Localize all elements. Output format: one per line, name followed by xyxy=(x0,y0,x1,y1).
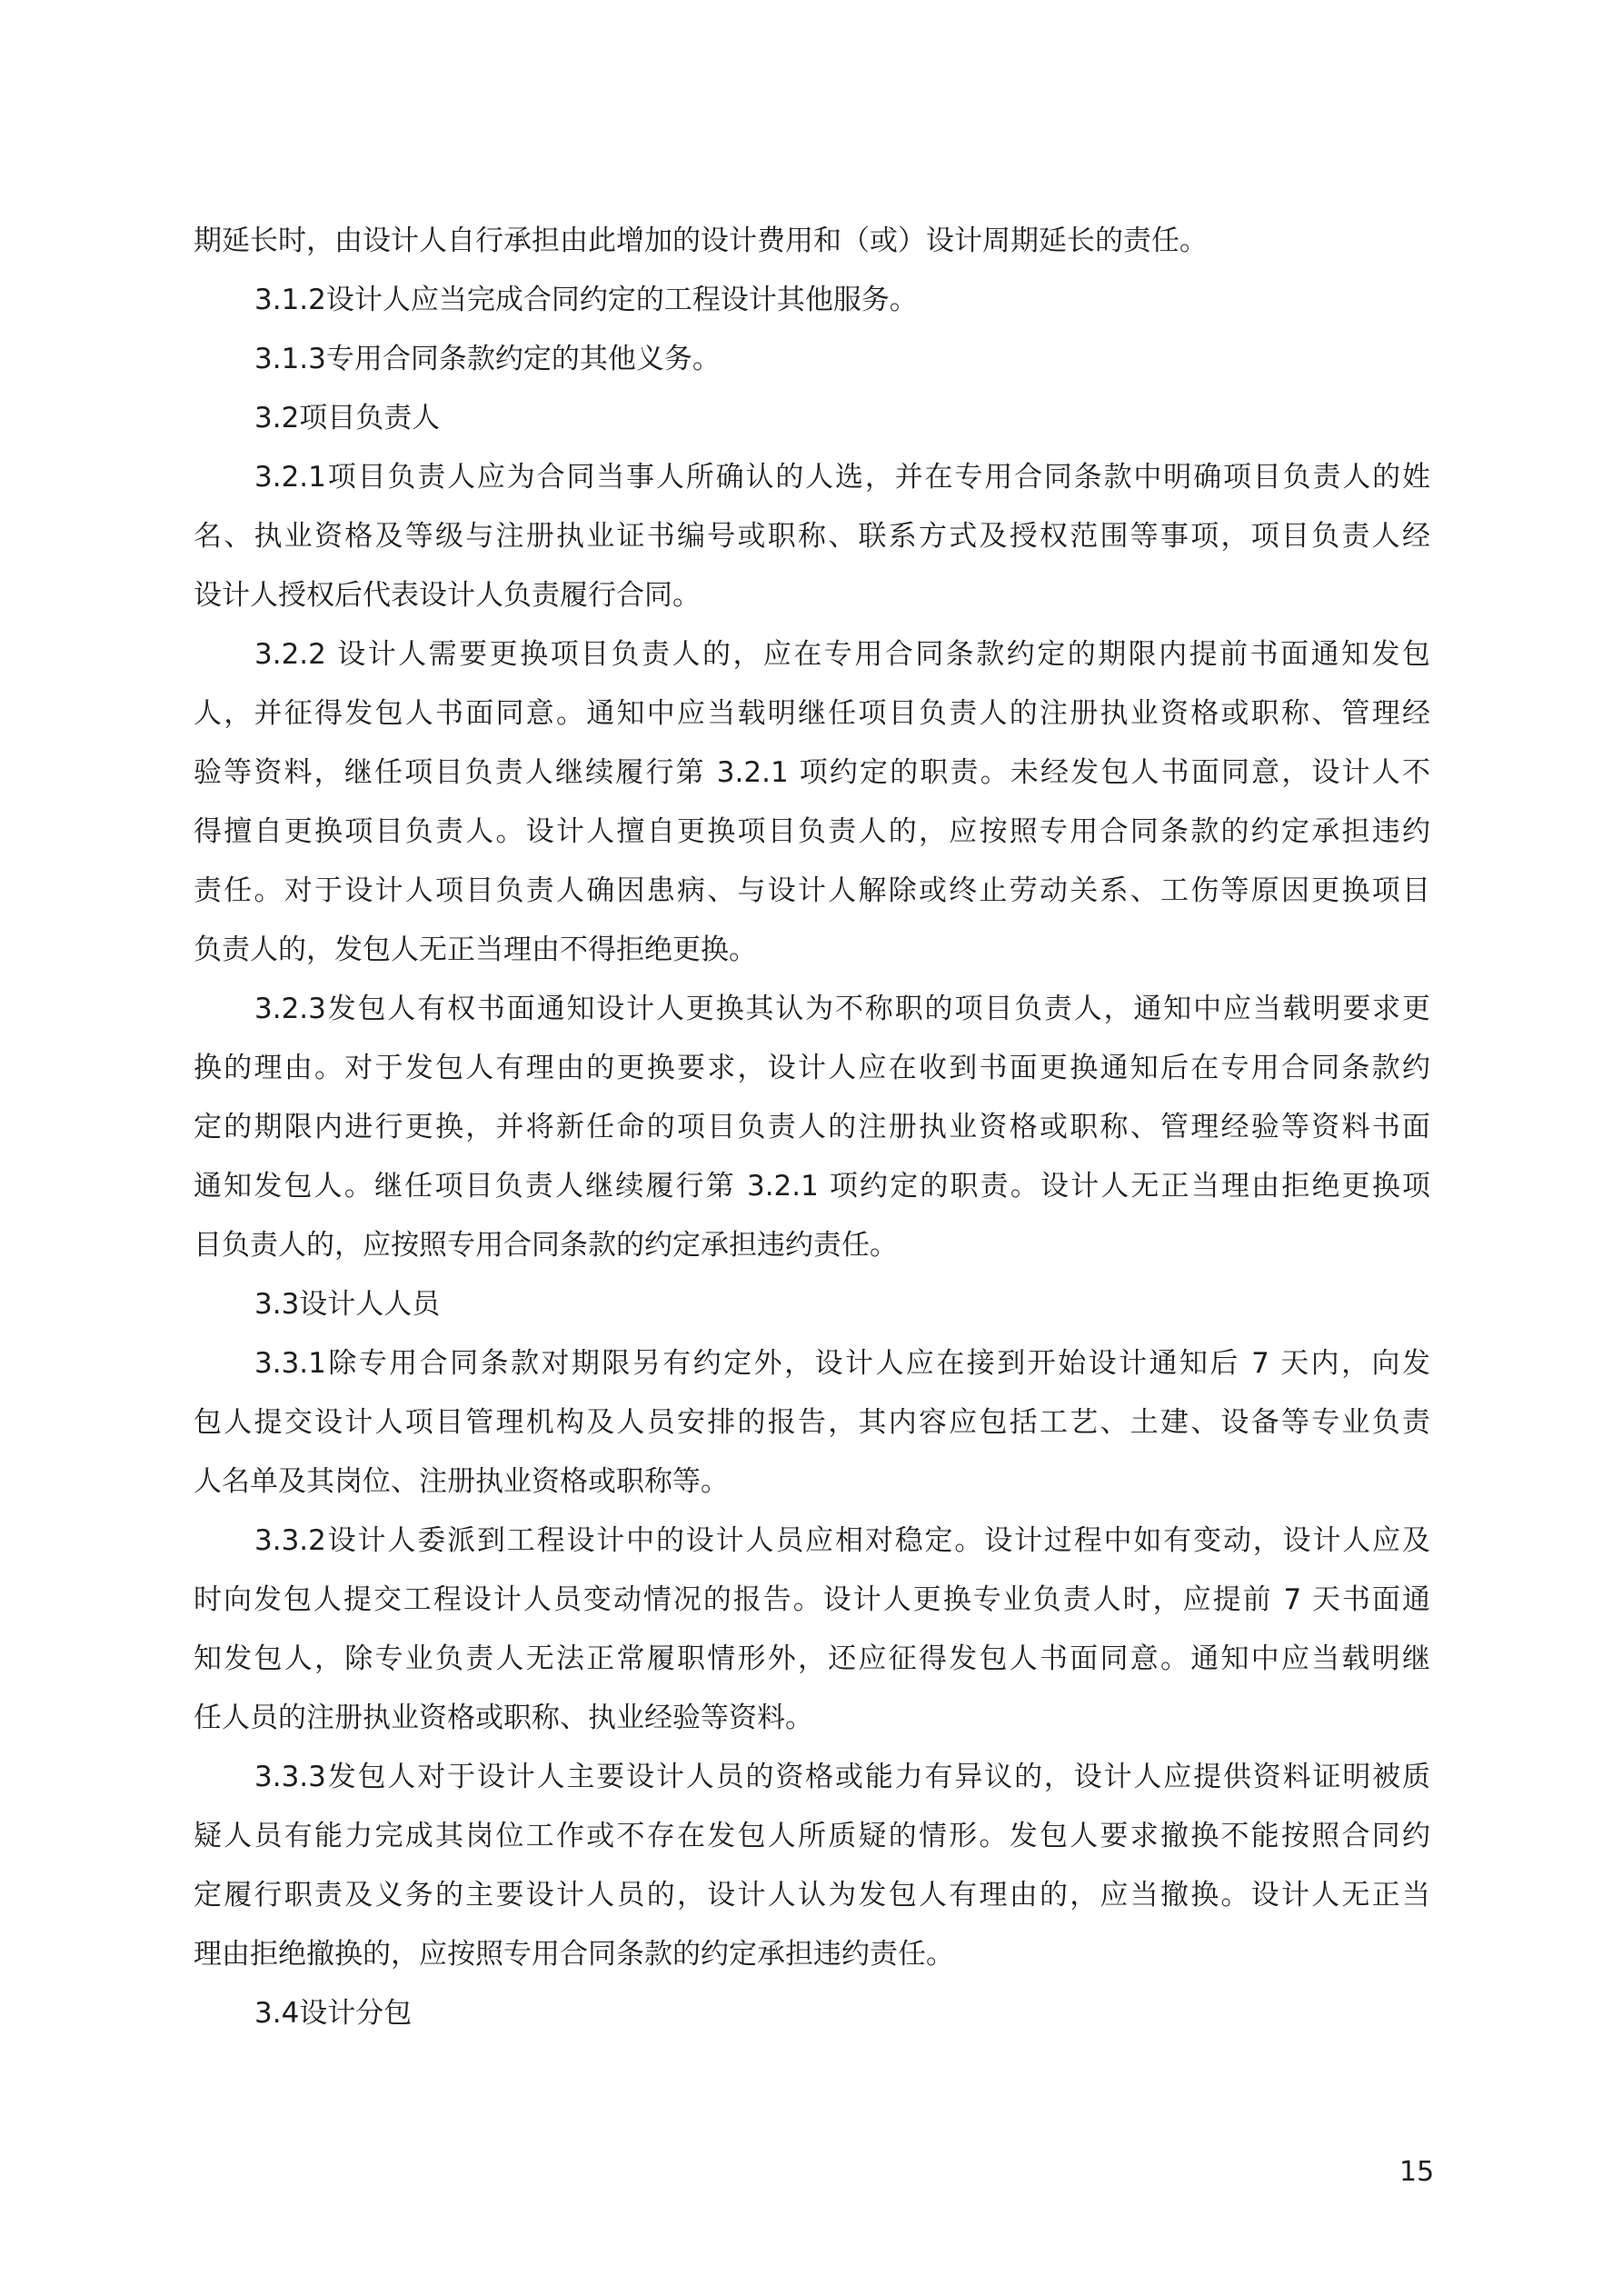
text-line: 3.3.1除专用合同条款对期限另有约定外，设计人应在接到开始设计通知后 7 天内… xyxy=(194,1334,1430,1393)
paragraph: 3.1.2设计人应当完成合同约定的工程设计其他服务。 xyxy=(194,271,1430,330)
text-line: 定的期限内进行更换，并将新任命的项目负责人的注册执业资格或职称、管理经验等资料书… xyxy=(194,1098,1430,1157)
text-line: 包人提交设计人项目管理机构及人员安排的报告，其内容应包括工艺、土建、设备等专业负… xyxy=(194,1393,1430,1452)
paragraph: 3.2.1项目负责人应为合同当事人所确认的人选，并在专用合同条款中明确项目负责人… xyxy=(194,448,1430,625)
text-line: 设计人授权后代表设计人负责履行合同。 xyxy=(194,566,1430,625)
text-line: 时向发包人提交工程设计人员变动情况的报告。设计人更换专业负责人时，应提前 7 天… xyxy=(194,1571,1430,1630)
paragraph: 3.3.1除专用合同条款对期限另有约定外，设计人应在接到开始设计通知后 7 天内… xyxy=(194,1334,1430,1512)
section-heading: 3.4设计分包 xyxy=(194,1984,1430,2043)
paragraph: 期延长时，由设计人自行承担由此增加的设计费用和（或）设计周期延长的责任。 xyxy=(194,212,1430,271)
document-body: 期延长时，由设计人自行承担由此增加的设计费用和（或）设计周期延长的责任。3.1.… xyxy=(194,212,1430,2043)
text-line: 人名单及其岗位、注册执业资格或职称等。 xyxy=(194,1452,1430,1512)
text-line: 换的理由。对于发包人有理由的更换要求，设计人应在收到书面更换通知后在专用合同条款… xyxy=(194,1039,1430,1098)
text-line: 通知发包人。继任项目负责人继续履行第 3.2.1 项约定的职责。设计人无正当理由… xyxy=(194,1157,1430,1216)
text-line: 3.3.3发包人对于设计人主要设计人员的资格或能力有异议的，设计人应提供资料证明… xyxy=(194,1748,1430,1807)
text-line: 3.3设计人人员 xyxy=(194,1275,1430,1334)
text-line: 名、执业资格及等级与注册执业证书编号或职称、联系方式及授权范围等事项，项目负责人… xyxy=(194,507,1430,566)
text-line: 理由拒绝撤换的，应按照专用合同条款的约定承担违约责任。 xyxy=(194,1925,1430,1984)
text-line: 负责人的，发包人无正当理由不得拒绝更换。 xyxy=(194,921,1430,980)
paragraph: 3.1.3专用合同条款约定的其他义务。 xyxy=(194,330,1430,389)
page-number: 15 xyxy=(1399,2156,1434,2189)
text-line: 期延长时，由设计人自行承担由此增加的设计费用和（或）设计周期延长的责任。 xyxy=(194,212,1430,271)
text-line: 人，并征得发包人书面同意。通知中应当载明继任项目负责人的注册执业资格或职称、管理… xyxy=(194,684,1430,744)
text-line: 目负责人的，应按照专用合同条款的约定承担违约责任。 xyxy=(194,1216,1430,1275)
text-line: 任人员的注册执业资格或职称、执业经验等资料。 xyxy=(194,1689,1430,1748)
paragraph: 3.3.3发包人对于设计人主要设计人员的资格或能力有异议的，设计人应提供资料证明… xyxy=(194,1748,1430,1984)
text-line: 责任。对于设计人项目负责人确因患病、与设计人解除或终止劳动关系、工伤等原因更换项… xyxy=(194,862,1430,921)
text-line: 验等资料，继任项目负责人继续履行第 3.2.1 项约定的职责。未经发包人书面同意… xyxy=(194,744,1430,803)
text-line: 得擅自更换项目负责人。设计人擅自更换项目负责人的，应按照专用合同条款的约定承担违… xyxy=(194,803,1430,862)
paragraph: 3.2.2 设计人需要更换项目负责人的，应在专用合同条款约定的期限内提前书面通知… xyxy=(194,625,1430,980)
paragraph: 3.3.2设计人委派到工程设计中的设计人员应相对稳定。设计过程中如有变动，设计人… xyxy=(194,1512,1430,1748)
section-heading: 3.3设计人人员 xyxy=(194,1275,1430,1334)
text-line: 3.3.2设计人委派到工程设计中的设计人员应相对稳定。设计过程中如有变动，设计人… xyxy=(194,1512,1430,1571)
text-line: 知发包人，除专业负责人无法正常履职情形外，还应征得发包人书面同意。通知中应当载明… xyxy=(194,1630,1430,1689)
text-line: 定履行职责及义务的主要设计人员的，设计人认为发包人有理由的，应当撤换。设计人无正… xyxy=(194,1866,1430,1925)
document-page: 期延长时，由设计人自行承担由此增加的设计费用和（或）设计周期延长的责任。3.1.… xyxy=(0,0,1622,2296)
paragraph: 3.2.3发包人有权书面通知设计人更换其认为不称职的项目负责人，通知中应当载明要… xyxy=(194,980,1430,1275)
text-line: 疑人员有能力完成其岗位工作或不存在发包人所质疑的情形。发包人要求撤换不能按照合同… xyxy=(194,1807,1430,1866)
section-heading: 3.2项目负责人 xyxy=(194,389,1430,448)
text-line: 3.4设计分包 xyxy=(194,1984,1430,2043)
text-line: 3.2.1项目负责人应为合同当事人所确认的人选，并在专用合同条款中明确项目负责人… xyxy=(194,448,1430,507)
text-line: 3.2项目负责人 xyxy=(194,389,1430,448)
text-line: 3.1.2设计人应当完成合同约定的工程设计其他服务。 xyxy=(194,271,1430,330)
text-line: 3.1.3专用合同条款约定的其他义务。 xyxy=(194,330,1430,389)
text-line: 3.2.3发包人有权书面通知设计人更换其认为不称职的项目负责人，通知中应当载明要… xyxy=(194,980,1430,1039)
text-line: 3.2.2 设计人需要更换项目负责人的，应在专用合同条款约定的期限内提前书面通知… xyxy=(194,625,1430,684)
